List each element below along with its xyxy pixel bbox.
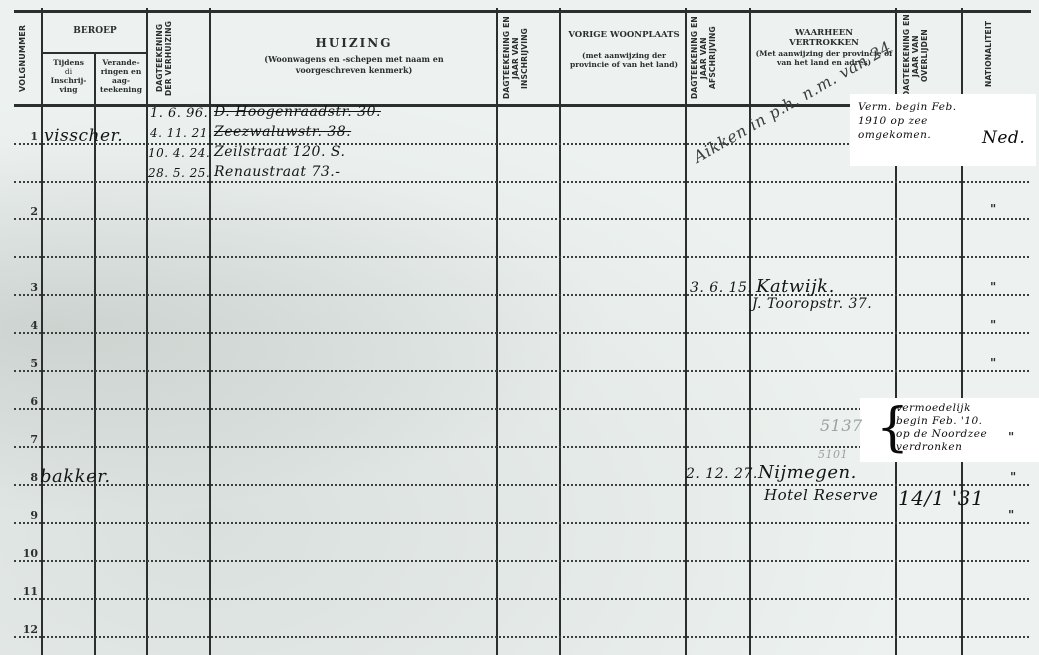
ditto-mark: " xyxy=(990,202,996,216)
header-line: ringen en xyxy=(96,67,146,76)
verhuizing-address: D. Hoogenraadstr. 30. xyxy=(214,104,381,120)
row-line xyxy=(14,522,1029,524)
row-line xyxy=(14,636,1029,638)
header-huizing-sub: (Woonwagens en -schepen met naam en voor… xyxy=(250,54,458,76)
note-line: verdronken xyxy=(896,441,987,454)
row-line xyxy=(14,256,1029,258)
header-line: Verande- xyxy=(96,58,146,67)
ditto-mark: " xyxy=(1008,508,1014,522)
header-line: Inschrij- xyxy=(43,76,94,85)
header-dagteekening-inschrijving: DAGTEEKENING EN JAAR VAN INSCHRIJVING xyxy=(502,14,554,102)
header-dagteekening-overlijden: DAGTEEKENING EN JAAR VAN OVERLIJDEN xyxy=(902,10,956,102)
verhuizing-address: Zeilstraat 120. S. xyxy=(214,144,345,160)
row-line xyxy=(14,181,1029,183)
ditto-mark: " xyxy=(990,280,996,294)
row-number: 7 xyxy=(18,433,38,446)
header-line: Tijdens xyxy=(43,58,94,67)
ditto-mark: " xyxy=(1010,470,1016,484)
row-line xyxy=(14,598,1029,600)
header-volgnummer: VOLGNUMMER xyxy=(18,14,38,102)
row-number: 1 xyxy=(18,130,38,143)
header-line: aag- xyxy=(96,76,146,85)
row-number: 9 xyxy=(18,509,38,522)
nationaliteit-entry: Ned. xyxy=(982,128,1025,148)
row-line xyxy=(14,294,1029,296)
header-line: ving xyxy=(43,85,94,94)
header-vorige-woonplaats-sub: (met aanwijzing der provincie of van het… xyxy=(568,52,680,69)
ditto-mark: " xyxy=(1008,430,1014,444)
faint-number: 5137 xyxy=(820,416,863,435)
row-number: 6 xyxy=(18,395,38,408)
overlijden-note: Verm. begin Feb. 1910 op zee omgekomen. xyxy=(858,100,958,142)
beroep-entry: bakker. xyxy=(40,466,111,487)
note-line: begin Feb. '10. xyxy=(896,415,987,428)
row-number: 4 xyxy=(18,319,38,332)
note-line: vermoedelijk xyxy=(896,402,987,415)
verhuizing-date: 10. 4. 24. xyxy=(148,146,210,160)
header-dagteekening-verhuizing: DAGTEEKENING DER VERHUIZING xyxy=(155,14,203,102)
row-number: 8 xyxy=(18,471,38,484)
row-number: 2 xyxy=(18,205,38,218)
header-waarheen-vertrokken: WAARHEEN VERTROKKEN xyxy=(760,28,888,48)
verhuizing-address: Zeezwaluwstr. 38. xyxy=(214,124,351,140)
note-line: op de Noordzee xyxy=(896,428,987,441)
waarheen-place: Katwijk. xyxy=(756,276,835,297)
row-line xyxy=(14,560,1029,562)
row-number: 12 xyxy=(18,623,38,636)
row-number: 10 xyxy=(18,547,38,560)
waarheen-place: Nijmegen. xyxy=(758,462,857,483)
header-nationaliteit: NATIONALITEIT xyxy=(984,14,1004,94)
afschrijving-date: 3. 6. 15. xyxy=(690,280,752,296)
ditto-mark: " xyxy=(990,318,996,332)
row-line xyxy=(14,370,1029,372)
register-card: VOLGNUMMER BEROEP Tijdens di Inschrij- v… xyxy=(0,0,1039,655)
verhuizing-date: 4. 11. 21. xyxy=(150,126,212,140)
row-number: 11 xyxy=(18,585,38,598)
verhuizing-date: 28. 5. 25. xyxy=(148,166,210,180)
header-huizing: HUIZING xyxy=(212,36,496,50)
header-beroep-veranderingen: Verande- ringen en aag- teekening xyxy=(96,58,146,94)
ditto-mark: " xyxy=(990,356,996,370)
header-line: di xyxy=(43,67,94,76)
afschrijving-date: 2. 12. 27. xyxy=(686,466,758,482)
header-dagteekening-afschrijving: DAGTEEKENING EN JAAR VAN AFSCHRIJVING xyxy=(690,14,744,102)
row-line xyxy=(14,218,1029,220)
waarheen-address: Hotel Reserve xyxy=(764,486,878,504)
verhuizing-address: Renaustraat 73.- xyxy=(214,164,340,180)
top-border xyxy=(14,10,1031,13)
overlijden-note: vermoedelijk begin Feb. '10. op de Noord… xyxy=(896,402,987,454)
waarheen-address: J. Tooropstr. 37. xyxy=(752,296,872,312)
faint-number: 5101 xyxy=(818,448,848,461)
row-line xyxy=(14,332,1029,334)
header-beroep-tijdens: Tijdens di Inschrij- ving xyxy=(43,58,94,94)
row-number: 5 xyxy=(18,357,38,370)
beroep-entry: visscher. xyxy=(44,126,123,146)
header-line: teekening xyxy=(96,85,146,94)
row-number: 3 xyxy=(18,281,38,294)
verhuizing-date: 1. 6. 96. xyxy=(150,106,208,121)
overlijden-date: 14/1 '31 xyxy=(898,486,984,510)
header-beroep: BEROEP xyxy=(44,26,146,36)
header-vorige-woonplaats: VORIGE WOONPLAATS xyxy=(568,30,680,40)
